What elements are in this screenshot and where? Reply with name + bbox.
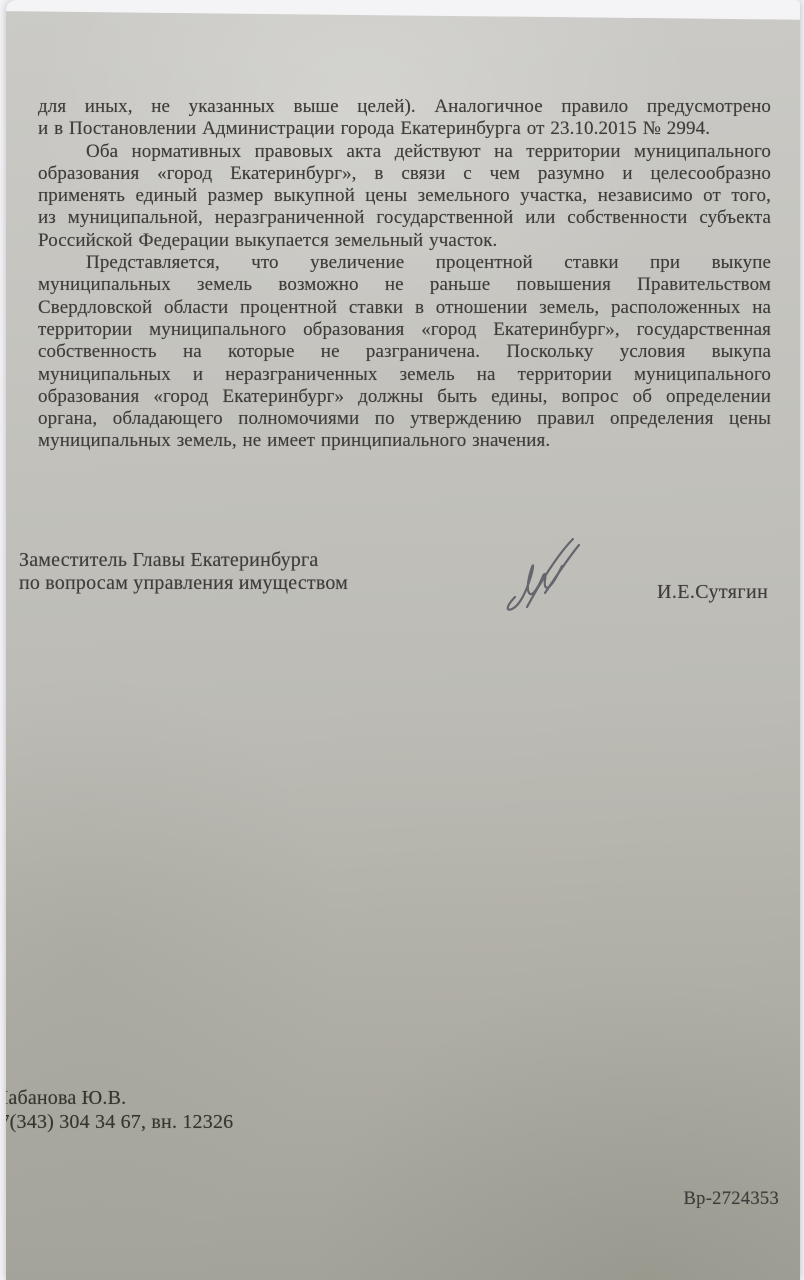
doc-number: Вр-2724353 xyxy=(606,1189,779,1210)
text-line: муниципальных земель возможно не раньше … xyxy=(38,274,771,296)
text-line: для иных, не указанных выше целей). Анал… xyxy=(38,96,771,118)
text-line: муниципальных земель, не имеет принципиа… xyxy=(38,430,771,452)
contact-phone: +7(343) 304 34 67, вн. 12326 xyxy=(6,1111,233,1135)
text-line: Свердловской области процентной ставки в… xyxy=(38,297,771,319)
body-text: для иных, не указанных выше целей). Анал… xyxy=(38,96,771,453)
signature-title-block: Заместитель Главы Екатеринбурга по вопро… xyxy=(19,549,348,595)
text-line: Оба нормативных правовых акта действуют … xyxy=(38,141,771,163)
text-line: из муниципальной, неразграниченной госуд… xyxy=(38,207,771,229)
scanned-page: для иных, не указанных выше целей). Анал… xyxy=(6,0,800,1280)
signature-title-line2: по вопросам управления имуществом xyxy=(19,572,348,595)
scan-viewport: для иных, не указанных выше целей). Анал… xyxy=(0,0,804,1280)
signer-name: И.Е.Сутягин xyxy=(657,581,768,604)
signature-title-line1: Заместитель Главы Екатеринбурга xyxy=(19,549,348,572)
scan-top-edge xyxy=(6,0,800,20)
paragraph: для иных, не указанных выше целей). Анал… xyxy=(38,96,771,141)
text-line: образования «город Екатеринбург», в связ… xyxy=(38,163,771,185)
contact-name: Шабанова Ю.В. xyxy=(6,1087,233,1111)
paragraph: Оба нормативных правовых акта действуют … xyxy=(38,141,771,252)
text-line: Российской Федерации выкупается земельны… xyxy=(38,230,771,252)
text-line: и в Постановлении Администрации города Е… xyxy=(38,118,771,140)
text-line: применять единый размер выкупной цены зе… xyxy=(38,185,771,207)
text-line: Представляется, что увеличение процентно… xyxy=(38,252,771,274)
text-line: территории муниципального образования «г… xyxy=(38,319,771,341)
handwritten-signature-icon xyxy=(493,531,611,623)
text-line: собственность на которые не разграничена… xyxy=(38,341,771,363)
text-line: органа, обладающего полномочиями по утве… xyxy=(38,408,771,430)
paragraph: Представляется, что увеличение процентно… xyxy=(38,252,771,453)
text-line: муниципальных и неразграниченных земель … xyxy=(38,364,771,386)
text-line: образования «город Екатеринбург» должны … xyxy=(38,386,771,408)
footer-contact: Шабанова Ю.В. +7(343) 304 34 67, вн. 123… xyxy=(6,1087,233,1134)
